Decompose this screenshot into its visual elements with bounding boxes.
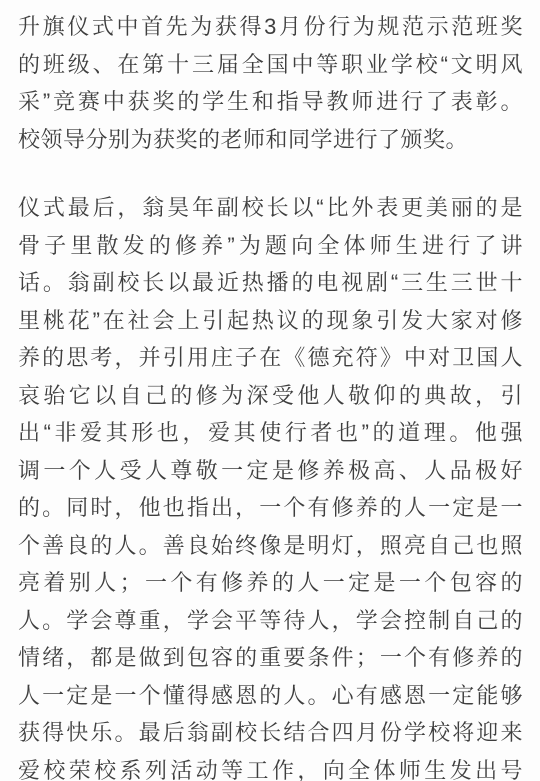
text-line: 的班级、在第十三届全国中等职业学校“文明风 [18,46,523,84]
text-line: 个善良的人。善良始终像是明灯，照亮自己也照 [18,527,523,565]
text-line: 调一个人受人尊敬一定是修养极高、人品极好 [18,452,523,490]
text-line: 人一定是一个懂得感恩的人。心有感恩一定能够 [18,677,523,715]
text-line: 养的思考，并引用庄子在《德充符》中对卫国人 [18,339,523,377]
text-line: 亮着别人；一个有修养的人一定是一个包容的 [18,564,523,602]
text-line: 人。学会尊重，学会平等待人，学会控制自己的 [18,602,523,640]
document-page: 升旗仪式中首先为获得3月份行为规范示范班奖 的班级、在第十三届全国中等职业学校“… [0,0,540,781]
paragraph-1: 升旗仪式中首先为获得3月份行为规范示范班奖 的班级、在第十三届全国中等职业学校“… [18,8,523,158]
text-line: 获得快乐。最后翁副校长结合四月份学校将迎来 [18,714,523,752]
text-line: 的。同时，他也指出，一个有修养的人一定是一 [18,489,523,527]
text-line: 爱校荣校系列活动等工作，向全体师生发出号 [18,752,523,781]
paragraph-2: 仪式最后，翁昊年副校长以“比外表更美丽的是 骨子里散发的修养”为题向全体师生进行… [18,189,523,781]
text-line: 哀骀它以自己的修为深受他人敬仰的典故，引 [18,377,523,415]
text-line: 话。翁副校长以最近热播的电视剧“三生三世十 [18,264,523,302]
text-line: 骨子里散发的修养”为题向全体师生进行了讲 [18,227,523,265]
text-line: 出“非爱其形也，爱其使行者也”的道理。他强 [18,414,523,452]
text-line: 里桃花”在社会上引起热议的现象引发大家对修 [18,302,523,340]
text-line: 升旗仪式中首先为获得3月份行为规范示范班奖 [18,8,523,46]
text-line: 情绪，都是做到包容的重要条件；一个有修养的 [18,639,523,677]
text-line: 采”竞赛中获奖的学生和指导教师进行了表彰。 [18,83,523,121]
text-line: 仪式最后，翁昊年副校长以“比外表更美丽的是 [18,189,523,227]
text-line: 校领导分别为获奖的老师和同学进行了颁奖。 [18,121,523,159]
